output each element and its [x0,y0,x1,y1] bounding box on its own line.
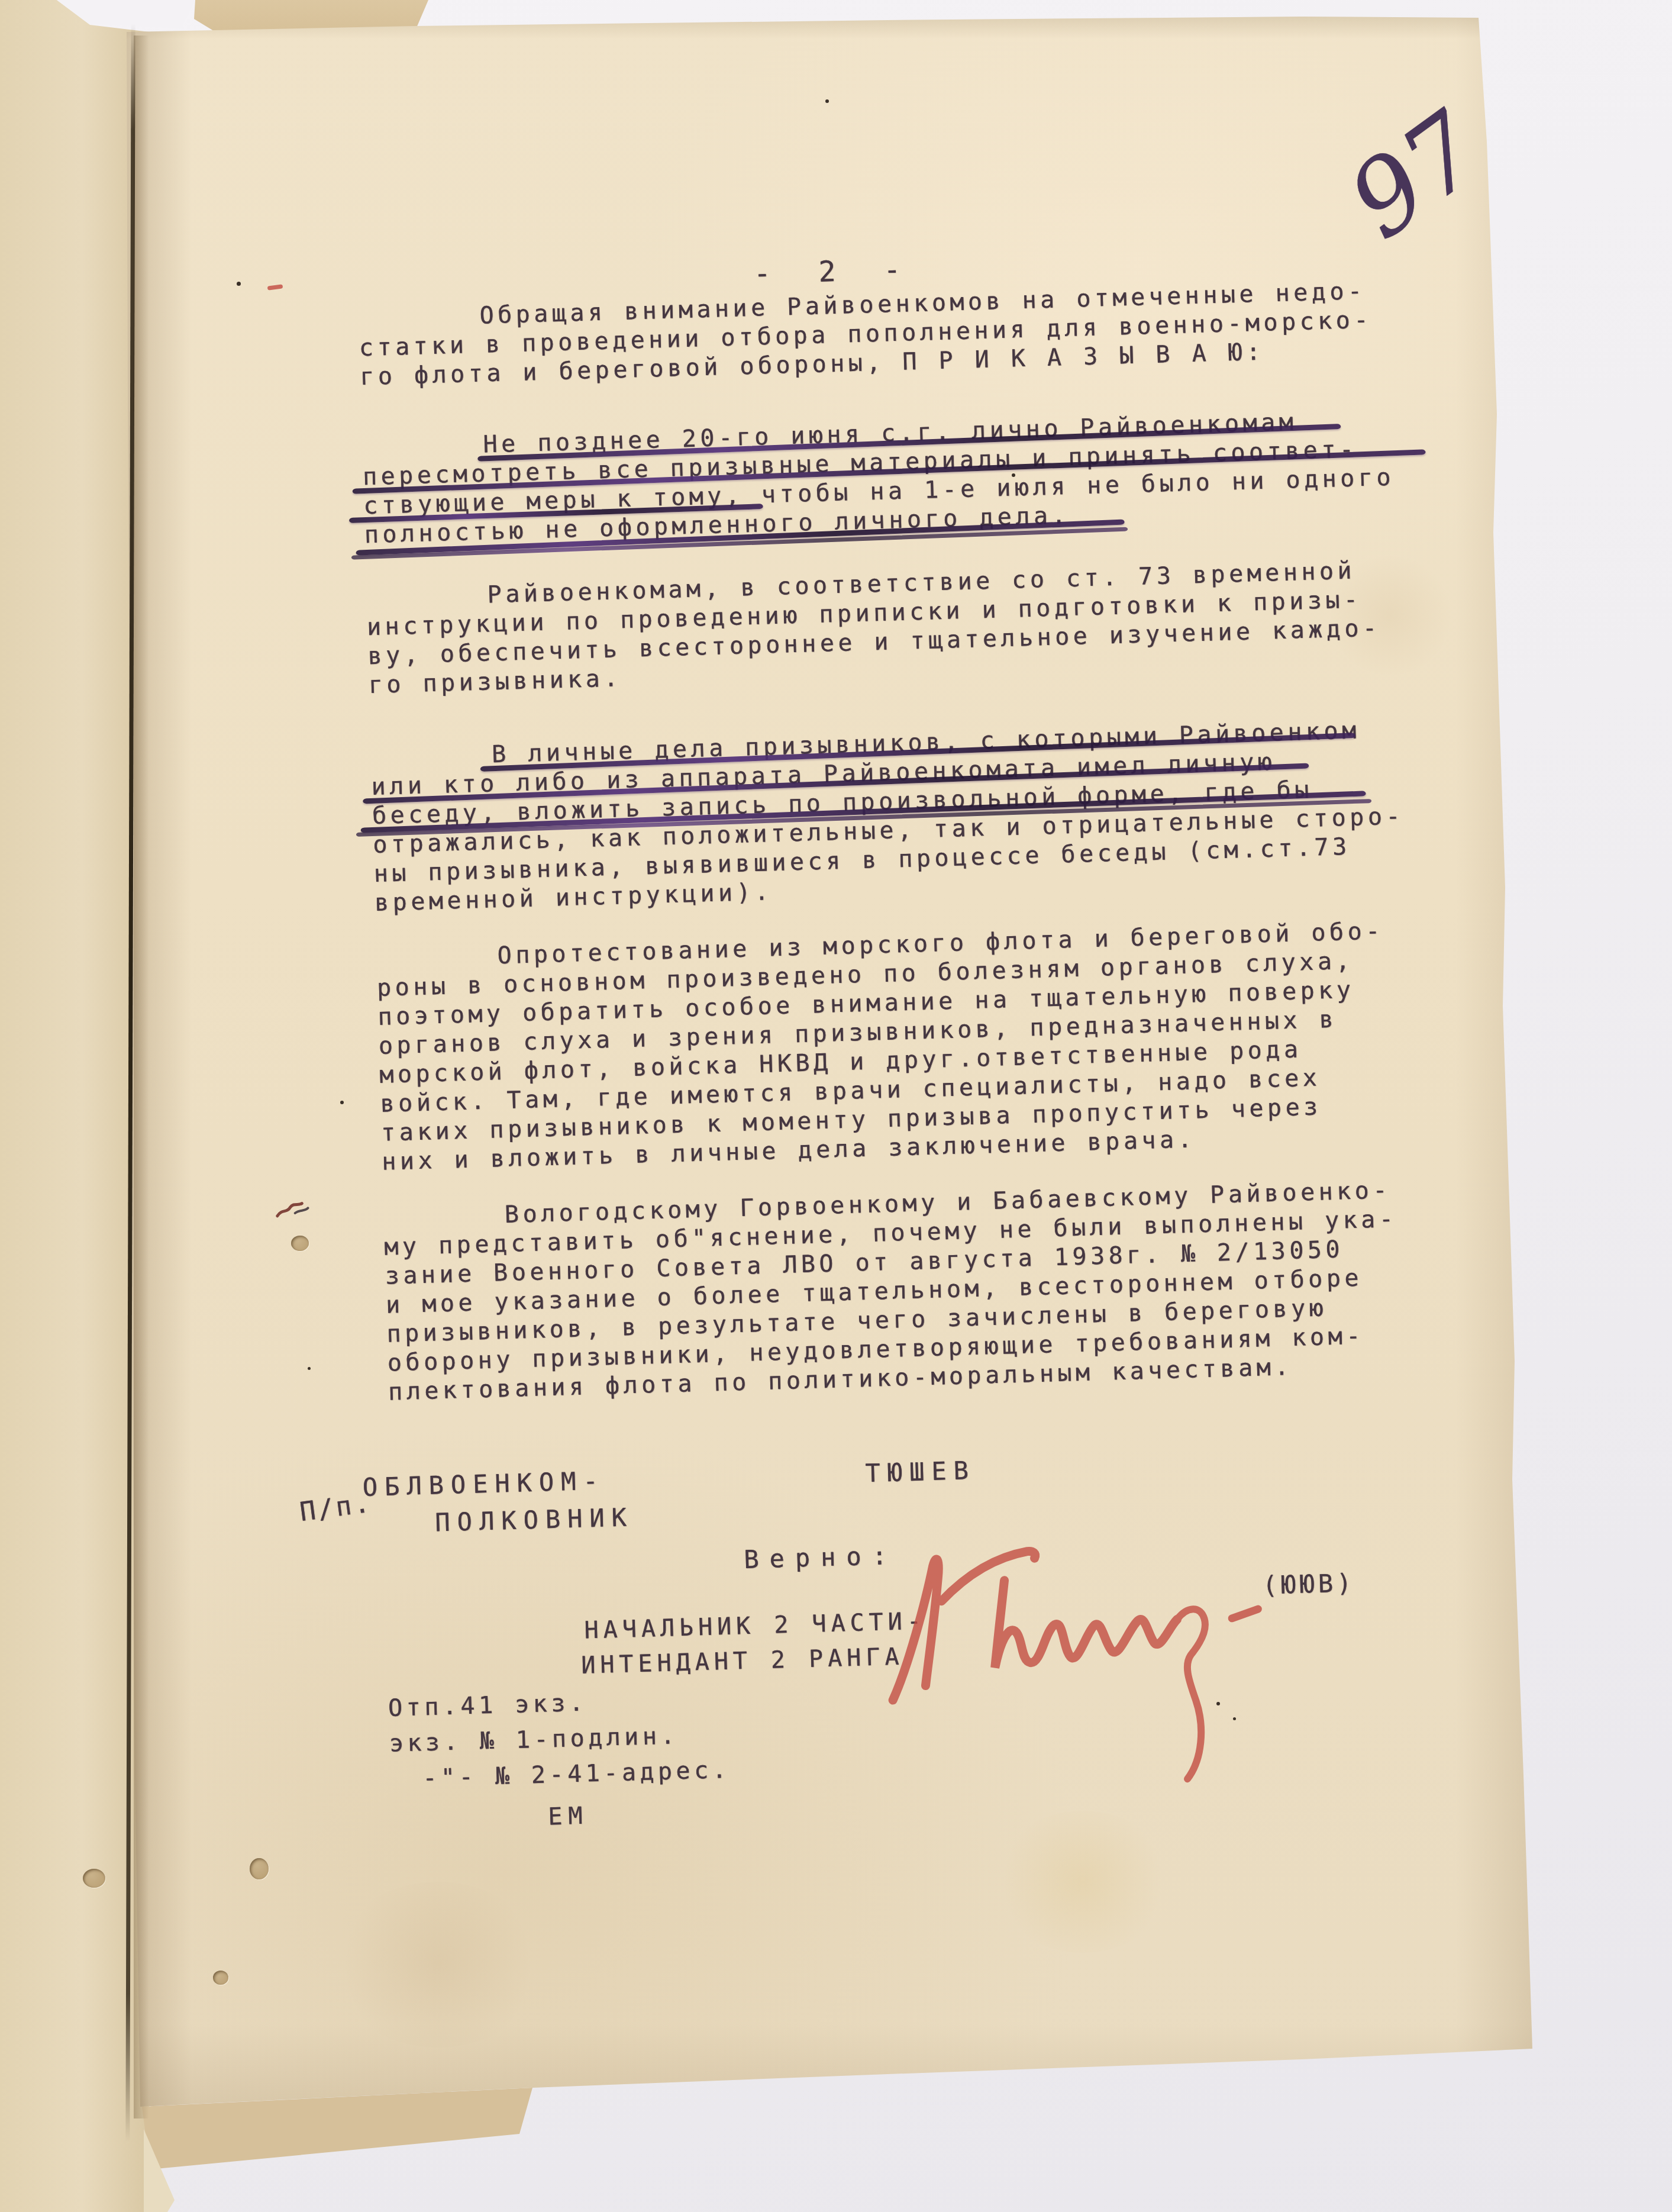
copies-line-1: Отп.41 экз. [388,1689,588,1722]
page-number: - 2 - [753,253,916,291]
copies-line-3: -"- № 2-41-адрес. [422,1756,731,1792]
handwritten-folio-number: 97 [1328,89,1502,262]
typewritten-text: - 2 - Обращая внимание Райвоенкомов на о… [260,275,1483,1934]
signer-rank: ПОЛКОВНИК [435,1502,634,1537]
typist-initials: ЕМ [548,1803,589,1831]
archival-document-photo: 97 - 2 - Обращая внимание Райвоенкомов н… [0,0,1672,2212]
paragraph-5: Опротестование из морского флота и берег… [376,915,1447,1177]
signature-role-line: ОБЛВОЕНКОМ-ТЮШЕВ [362,1456,976,1502]
binding-crease-shadow [134,36,149,2119]
signer-name: ТЮШЕВ [865,1456,976,1488]
margin-scribble [275,1197,322,1224]
handwritten-signature [877,1521,1276,1804]
certifier-name: (ЮЮВ) [1262,1568,1355,1600]
paragraph-3: Райвоенкомам, в соответствие со ст. 73 в… [366,554,1434,700]
paragraph-1: Обращая внимание Райвоенкомов на отмечен… [358,275,1425,392]
document-page: 97 - 2 - Обращая внимание Райвоенкомов н… [0,0,1672,2212]
copies-line-2: экз. № 1-подлин. [389,1722,679,1758]
edge-shadow-bottom [0,2024,1672,2113]
certifier-title-line1: НАЧАЛЬНИК 2 ЧАСТИ- [584,1607,927,1644]
red-pencil-mark [267,284,283,291]
paper-hole [213,1971,228,1985]
paper-hole [83,1869,105,1888]
ink-speck [825,99,829,103]
verno-label: Верно: [744,1541,898,1574]
certifier-title-line2: ИНТЕНДАНТ 2 РАНГА [581,1643,904,1679]
ink-speck [237,282,241,286]
paper-hole [250,1858,269,1879]
paragraph-6: Вологодскому Горвоенкому и Бабаевскому Р… [383,1175,1453,1407]
signer-role: ОБЛВОЕНКОМ- [362,1466,605,1502]
